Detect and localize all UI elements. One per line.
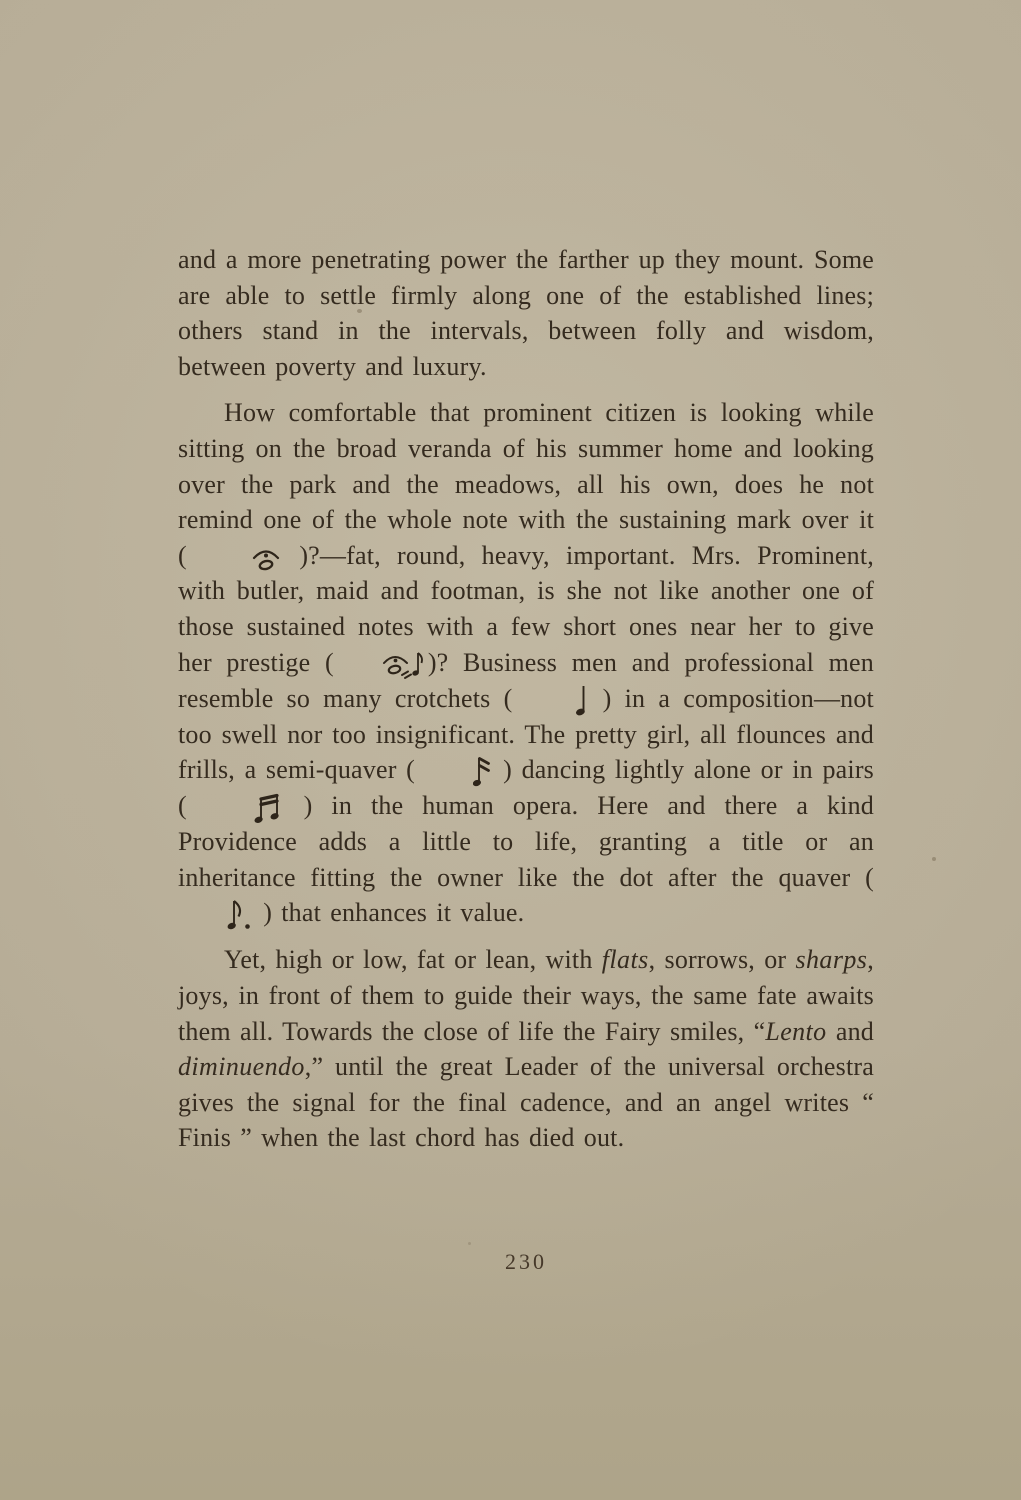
page-number: 230: [178, 1249, 874, 1275]
fermata-whole-note-icon: [205, 544, 281, 571]
paragraph: How comfortable that prominent citizen i…: [178, 395, 874, 931]
dotted-quaver-icon: [180, 898, 252, 931]
paper-speck: [468, 1242, 471, 1245]
italic-term: Lento: [765, 1017, 826, 1046]
italic-term: flats: [602, 945, 649, 974]
semiquaver-icon: [427, 755, 492, 788]
italic-term: diminuendo: [178, 1052, 305, 1081]
paragraph: Yet, high or low, fat or lean, with flat…: [178, 942, 874, 1156]
text-block: and a more penetrating power the farther…: [178, 242, 874, 1156]
crotchet-icon: [528, 684, 588, 717]
italic-term: sharps: [796, 945, 868, 974]
fermata-note-group-icon: [336, 648, 426, 681]
semiquaver-pair-icon: [208, 791, 283, 824]
book-page: and a more penetrating power the farther…: [0, 0, 1021, 1500]
paper-speck: [932, 857, 936, 861]
paragraph: and a more penetrating power the farther…: [178, 242, 874, 384]
